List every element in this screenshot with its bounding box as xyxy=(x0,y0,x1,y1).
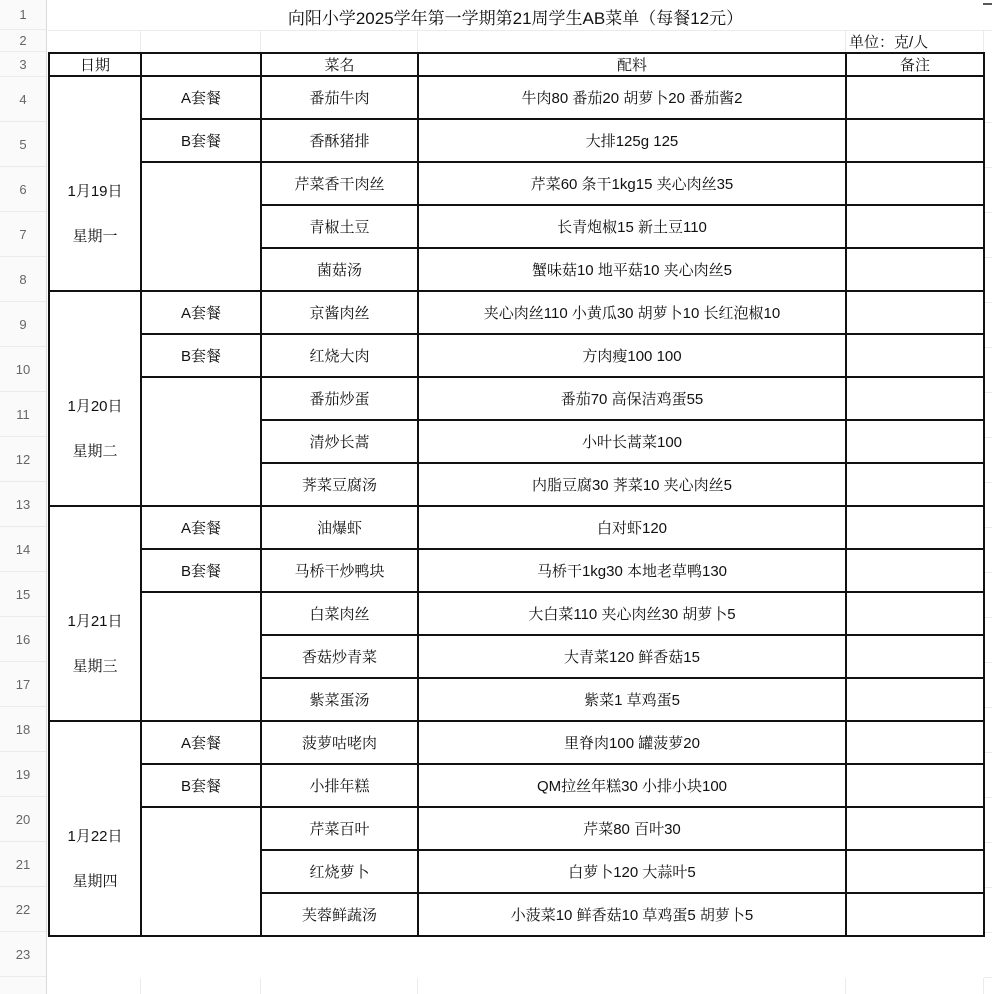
cell-notes[interactable] xyxy=(846,893,984,936)
cell-notes[interactable] xyxy=(846,334,984,377)
cell-dish[interactable]: 芹菜百叶 xyxy=(261,807,418,850)
cell-dish[interactable]: 红烧萝卜 xyxy=(261,850,418,893)
row-number[interactable]: 5 xyxy=(0,122,46,167)
table-row: 白菜肉丝 大白菜110 夹心肉丝30 胡萝卜5 xyxy=(49,592,984,635)
cell-meal[interactable]: B套餐 xyxy=(141,764,261,807)
spreadsheet-view: 向阳小学2025学年第一学期第21周学生AB菜单（每餐12元） 单位：克/人 1… xyxy=(0,0,992,994)
row-number[interactable]: 2 xyxy=(0,30,46,52)
row-number-gutter: 1 2 3 4 5 6 7 8 9 10 11 12 13 14 15 16 1… xyxy=(0,0,47,994)
cell-notes[interactable] xyxy=(846,592,984,635)
row-number[interactable]: 4 xyxy=(0,77,46,122)
cell-ingredients[interactable]: 白萝卜120 大蒜叶5 xyxy=(418,850,846,893)
row-number[interactable]: 13 xyxy=(0,482,46,527)
cell-ingredients[interactable]: 紫菜1 草鸡蛋5 xyxy=(418,678,846,721)
cell-ingredients[interactable]: 白对虾120 xyxy=(418,506,846,549)
cell-dish[interactable]: 红烧大肉 xyxy=(261,334,418,377)
table-row: 番茄炒蛋 番茄70 高保洁鸡蛋55 xyxy=(49,377,984,420)
row-number[interactable]: 14 xyxy=(0,527,46,572)
row-number[interactable]: 3 xyxy=(0,52,46,77)
cell-notes[interactable] xyxy=(846,119,984,162)
cell-meal-merged[interactable] xyxy=(141,592,261,721)
cell-notes[interactable] xyxy=(846,377,984,420)
cell-dish[interactable]: 菌菇汤 xyxy=(261,248,418,291)
weekday-text: 星期四 xyxy=(50,859,140,904)
header-row: 日期 菜名 配料 备注 xyxy=(49,53,984,76)
date-text: 1月19日 xyxy=(50,169,140,214)
cell-notes[interactable] xyxy=(846,162,984,205)
cell-ingredients[interactable]: 小叶长蒿菜100 xyxy=(418,420,846,463)
weekday-text: 星期二 xyxy=(50,429,140,474)
row-number[interactable]: 6 xyxy=(0,167,46,212)
table-row: B套餐 小排年糕 QM拉丝年糕30 小排小块100 xyxy=(49,764,984,807)
cell-ingredients[interactable]: 长青炮椒15 新土豆110 xyxy=(418,205,846,248)
cell-notes[interactable] xyxy=(846,850,984,893)
header-dish[interactable]: 菜名 xyxy=(261,53,418,76)
row-number[interactable]: 8 xyxy=(0,257,46,302)
cell-dish[interactable]: 紫菜蛋汤 xyxy=(261,678,418,721)
cell-notes[interactable] xyxy=(846,506,984,549)
row-number[interactable]: 1 xyxy=(0,0,46,30)
table-row: 1月19日 星期一 A套餐 番茄牛肉 牛肉80 番茄20 胡萝卜20 番茄酱2 xyxy=(49,76,984,119)
cell-meal-merged[interactable] xyxy=(141,377,261,506)
cell-ingredients[interactable]: QM拉丝年糕30 小排小块100 xyxy=(418,764,846,807)
header-date[interactable]: 日期 xyxy=(49,53,141,76)
table-row: 芹菜百叶 芹菜80 百叶30 xyxy=(49,807,984,850)
cell-ingredients[interactable]: 蟹味菇10 地平菇10 夹心肉丝5 xyxy=(418,248,846,291)
cell-notes[interactable] xyxy=(846,678,984,721)
cell-meal[interactable]: A套餐 xyxy=(141,291,261,334)
table-row: 1月21日 星期三 A套餐 油爆虾 白对虾120 xyxy=(49,506,984,549)
table-row: 1月20日 星期二 A套餐 京酱肉丝 夹心肉丝110 小黄瓜30 胡萝卜10 长… xyxy=(49,291,984,334)
cell-date[interactable]: 1月20日 星期二 xyxy=(49,291,141,506)
cell-meal-merged[interactable] xyxy=(141,807,261,936)
cell-dish[interactable]: 白菜肉丝 xyxy=(261,592,418,635)
cell-ingredients[interactable]: 芹菜60 条干1kg15 夹心肉丝35 xyxy=(418,162,846,205)
row-number[interactable]: 12 xyxy=(0,437,46,482)
header-notes[interactable]: 备注 xyxy=(846,53,984,76)
unit-cell[interactable]: 单位：克/人 xyxy=(849,30,989,52)
cell-meal[interactable]: B套餐 xyxy=(141,334,261,377)
menu-table: 日期 菜名 配料 备注 1月19日 星期一 A套餐 番茄牛肉 牛肉80 番茄20… xyxy=(48,52,985,937)
cell-notes[interactable] xyxy=(846,721,984,764)
cell-dish[interactable]: 芹菜香干肉丝 xyxy=(261,162,418,205)
cell-meal[interactable]: A套餐 xyxy=(141,721,261,764)
cell-notes[interactable] xyxy=(846,76,984,119)
cell-notes[interactable] xyxy=(846,248,984,291)
weekday-text: 星期一 xyxy=(50,214,140,259)
cell-notes[interactable] xyxy=(846,807,984,850)
cell-ingredients[interactable]: 夹心肉丝110 小黄瓜30 胡萝卜10 长红泡椒10 xyxy=(418,291,846,334)
cell-ingredients[interactable]: 小菠菜10 鲜香菇10 草鸡蛋5 胡萝卜5 xyxy=(418,893,846,936)
cell-ingredients[interactable]: 内脂豆腐30 荠菜10 夹心肉丝5 xyxy=(418,463,846,506)
cell-dish[interactable]: 油爆虾 xyxy=(261,506,418,549)
row-number[interactable]: 22 xyxy=(0,887,46,932)
table-row: 1月22日 星期四 A套餐 菠萝咕咾肉 里脊肉100 罐菠萝20 xyxy=(49,721,984,764)
cell-meal[interactable]: B套餐 xyxy=(141,549,261,592)
cell-ingredients[interactable]: 大白菜110 夹心肉丝30 胡萝卜5 xyxy=(418,592,846,635)
date-text: 1月22日 xyxy=(50,814,140,859)
row-number[interactable]: 16 xyxy=(0,617,46,662)
row-number[interactable]: 19 xyxy=(0,752,46,797)
row-number[interactable]: 11 xyxy=(0,392,46,437)
table-row: B套餐 香酥猪排 大排125g 125 xyxy=(49,119,984,162)
cell-notes[interactable] xyxy=(846,463,984,506)
weekday-text: 星期三 xyxy=(50,644,140,689)
row-number[interactable]: 18 xyxy=(0,707,46,752)
table-row: 芹菜香干肉丝 芹菜60 条干1kg15 夹心肉丝35 xyxy=(49,162,984,205)
cell-date[interactable]: 1月22日 星期四 xyxy=(49,721,141,936)
cell-dish[interactable]: 清炒长蒿 xyxy=(261,420,418,463)
cell-ingredients[interactable]: 大排125g 125 xyxy=(418,119,846,162)
cell-dish[interactable]: 青椒土豆 xyxy=(261,205,418,248)
cell-ingredients[interactable]: 牛肉80 番茄20 胡萝卜20 番茄酱2 xyxy=(418,76,846,119)
title-cell[interactable]: 向阳小学2025学年第一学期第21周学生AB菜单（每餐12元） xyxy=(48,3,983,30)
cell-meal[interactable]: A套餐 xyxy=(141,506,261,549)
cell-dish[interactable]: 香酥猪排 xyxy=(261,119,418,162)
cell-ingredients[interactable]: 里脊肉100 罐菠萝20 xyxy=(418,721,846,764)
cell-ingredients[interactable]: 番茄70 高保洁鸡蛋55 xyxy=(418,377,846,420)
cell-dish[interactable]: 番茄牛肉 xyxy=(261,76,418,119)
cell-meal[interactable]: A套餐 xyxy=(141,76,261,119)
cell-dish[interactable]: 菠萝咕咾肉 xyxy=(261,721,418,764)
cell-date[interactable]: 1月21日 星期三 xyxy=(49,506,141,721)
table-row: B套餐 红烧大肉 方肉瘦100 100 xyxy=(49,334,984,377)
cell-dish[interactable]: 马桥干炒鸭块 xyxy=(261,549,418,592)
row-number[interactable]: 15 xyxy=(0,572,46,617)
cell-notes[interactable] xyxy=(846,291,984,334)
row-number[interactable]: 7 xyxy=(0,212,46,257)
row-number[interactable]: 23 xyxy=(0,932,46,977)
cell-meal[interactable]: B套餐 xyxy=(141,119,261,162)
row-number-filler xyxy=(0,977,46,993)
row-number[interactable]: 17 xyxy=(0,662,46,707)
row-number[interactable]: 21 xyxy=(0,842,46,887)
cell-notes[interactable] xyxy=(846,635,984,678)
cell-dish[interactable]: 荠菜豆腐汤 xyxy=(261,463,418,506)
cell-notes[interactable] xyxy=(846,764,984,807)
cell-dish[interactable]: 小排年糕 xyxy=(261,764,418,807)
cell-notes[interactable] xyxy=(846,205,984,248)
header-meal[interactable] xyxy=(141,53,261,76)
cell-meal-merged[interactable] xyxy=(141,162,261,291)
cell-dish[interactable]: 芙蓉鲜蔬汤 xyxy=(261,893,418,936)
row-number[interactable]: 9 xyxy=(0,302,46,347)
cell-ingredients[interactable]: 芹菜80 百叶30 xyxy=(418,807,846,850)
row-number[interactable]: 20 xyxy=(0,797,46,842)
header-ingredients[interactable]: 配料 xyxy=(418,53,846,76)
cell-notes[interactable] xyxy=(846,549,984,592)
cell-notes[interactable] xyxy=(846,420,984,463)
date-text: 1月20日 xyxy=(50,384,140,429)
row-number[interactable]: 10 xyxy=(0,347,46,392)
cell-dish[interactable]: 香菇炒青菜 xyxy=(261,635,418,678)
cell-dish[interactable]: 京酱肉丝 xyxy=(261,291,418,334)
date-text: 1月21日 xyxy=(50,599,140,644)
cell-ingredients[interactable]: 马桥干1kg30 本地老草鸭130 xyxy=(418,549,846,592)
cell-ingredients[interactable]: 大青菜120 鲜香菇15 xyxy=(418,635,846,678)
cell-date[interactable]: 1月19日 星期一 xyxy=(49,76,141,291)
cell-dish[interactable]: 番茄炒蛋 xyxy=(261,377,418,420)
cell-ingredients[interactable]: 方肉瘦100 100 xyxy=(418,334,846,377)
table-row: B套餐 马桥干炒鸭块 马桥干1kg30 本地老草鸭130 xyxy=(49,549,984,592)
